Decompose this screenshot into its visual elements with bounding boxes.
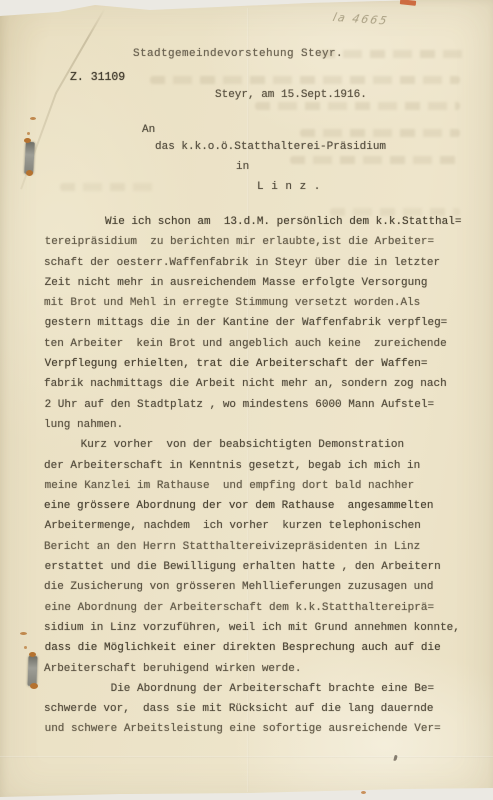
- preposition: in: [236, 161, 249, 173]
- typewritten-line: meine Kanzlei im Rathause und empfing do…: [45, 476, 479, 496]
- typewritten-line: schaft der oesterr.Waffenfabrik in Steyr…: [44, 253, 478, 273]
- rust-fleck: [30, 117, 36, 120]
- typewritten-line: Arbeitermenge, nachdem ich vorher kurzen…: [45, 516, 479, 536]
- typewritten-line: Bericht an den Herrn Statthaltereivizepr…: [44, 537, 478, 557]
- scan-background: la 4665 Stadtgemeindevorstehung Steyr. Z…: [0, 0, 493, 800]
- horizontal-fold-line: [0, 756, 493, 758]
- rust-fleck: [24, 646, 27, 649]
- typewritten-line: Verpflegung erhielten, trat die Arbeiter…: [45, 354, 479, 374]
- staple-mark: [27, 656, 37, 686]
- typewritten-line: mit Brot und Mehl in erregte Stimmung ve…: [44, 293, 478, 313]
- rust-fleck: [29, 652, 36, 657]
- letter-body: Wie ich schon am 13.d.M. persönlich dem …: [44, 212, 478, 740]
- typewritten-line: gestern mittags die in der Kantine der W…: [45, 313, 479, 333]
- typewritten-line: Zeit nicht mehr in ausreichendem Masse e…: [45, 273, 479, 293]
- typewritten-line: eine Abordnung der Arbeiterschaft dem k.…: [45, 598, 479, 618]
- salutation: An: [142, 124, 155, 136]
- rust-fleck: [30, 683, 38, 689]
- bleed-through-row: [150, 76, 460, 84]
- bottom-edge-fleck: [361, 791, 366, 794]
- bleed-through-row: [290, 156, 460, 164]
- typewritten-line: die Zusicherung von grösseren Mehlliefer…: [44, 577, 478, 597]
- typewritten-line: schwerde vor, dass sie mit Rücksicht auf…: [44, 699, 478, 719]
- rust-fleck: [20, 632, 27, 635]
- typewritten-line: der Arbeiterschaft in Kenntnis gesetzt, …: [44, 456, 478, 476]
- typewritten-line: Kurz vorher von der beabsichtigten Demon…: [45, 435, 479, 455]
- bleed-through-row: [300, 129, 460, 137]
- typewritten-line: erstattet und die Bewilligung erhalten h…: [45, 557, 479, 577]
- typewritten-line: Arbeiterschaft beruhigend wirken werde.: [44, 659, 478, 679]
- typewritten-line: sidium in Linz vorzuführen, weil ich mit…: [44, 618, 478, 638]
- typewritten-line: eine grössere Abordnung der vor dem Rath…: [44, 496, 478, 516]
- recipient-line: das k.k.o.ö.Statthalterei-Präsidium: [155, 141, 386, 153]
- bleed-through-row: [255, 102, 460, 110]
- typewritten-line: Die Abordnung der Arbeiterschaft brachte…: [45, 679, 479, 699]
- letterhead-office: Stadtgemeindevorstehung Steyr.: [133, 48, 343, 60]
- city-line: L i n z .: [257, 181, 321, 193]
- rust-fleck: [27, 132, 30, 135]
- typewritten-line: 2 Uhr auf den Stadtplatz , wo mindestens…: [45, 395, 479, 415]
- typewritten-line: lung nahmen.: [44, 415, 478, 435]
- typewritten-line: fabrik nachmittags die Arbeit nicht mehr…: [44, 374, 478, 394]
- typewritten-line: ten Arbeiter kein Brot und angeblich auc…: [44, 334, 478, 354]
- typewritten-line: Wie ich schon am 13.d.M. persönlich dem …: [44, 212, 478, 232]
- typewritten-line: dass die Möglichkeit einer direkten Besp…: [45, 638, 479, 658]
- typewritten-line: tereipräsidium zu berichten mir erlaubte…: [45, 232, 479, 252]
- rust-fleck: [26, 170, 33, 176]
- rust-fleck: [24, 138, 31, 143]
- typewritten-line: und schwere Arbeitsleistung eine soforti…: [45, 719, 479, 739]
- file-number: Z. 31109: [70, 71, 125, 84]
- dateline: Steyr, am 15.Sept.1916.: [215, 89, 367, 101]
- bleed-through-row: [60, 183, 155, 191]
